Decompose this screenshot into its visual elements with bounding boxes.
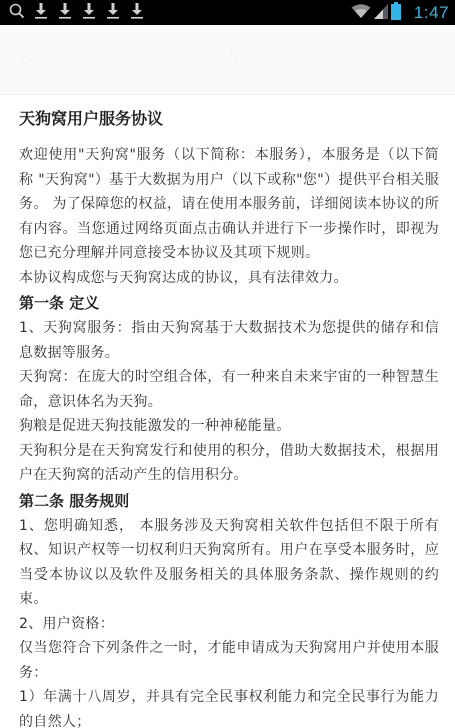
paragraph: 1）年满十八周岁，并具有完全民事权利能力和完全民事行为能力的自然人； [19,685,439,728]
status-bar: 1:47 [0,0,455,25]
paragraph: 仅当您符合下列条件之一时，才能申请成为天狗窝用户并使用本服务： [19,636,439,685]
agreement-content[interactable]: 天狗窝用户服务协议 欢迎使用"天狗窝"服务（以下简称：本服务），本服务是（以下简… [19,94,439,728]
search-icon [9,3,25,23]
paragraph: 欢迎使用"天狗窝"服务（以下简称：本服务），本服务是（以下简称 "天狗窝"）基于… [19,143,439,266]
system-icons: 1:47 [351,2,455,24]
wifi-icon [351,3,371,23]
paragraph: 天狗窝：在庞大的时空组合体，有一种来自未来宇宙的一种智慧生命，意识体名为天狗。 [19,365,439,414]
download-icon [81,2,97,24]
app-header: ‹ 用户协议 [0,25,455,95]
page-title: 用户协议 [0,47,455,71]
download-icon [129,2,145,24]
paragraph: 2、用户资格： [19,612,439,637]
clock: 1:47 [414,3,449,23]
download-icon [33,2,49,24]
section-heading: 第一条 定义 [19,290,439,316]
paragraph: 1、您明确知悉， 本服务涉及天狗窝相关软件包括但不限于所有权、知识产权等一切权利… [19,514,439,612]
signal-icon [374,3,388,23]
paragraph: 1、天狗窝服务：指由天狗窝基于大数据技术为您提供的储存和信息数据等服务。 [19,316,439,365]
section-heading: 第二条 服务规则 [19,488,439,514]
battery-icon [391,2,401,24]
paragraph: 天狗积分是在天狗窝发行和使用的积分，借助大数据技术，根据用户在天狗窝的活动产生的… [19,439,439,488]
download-icon [57,2,73,24]
notification-icons [0,2,145,24]
paragraph: 本协议构成您与天狗窝达成的协议，具有法律效力。 [19,266,439,291]
document-title: 天狗窝用户服务协议 [19,109,439,129]
download-icon [105,2,121,24]
paragraph: 狗粮是促进天狗技能激发的一种神秘能量。 [19,414,439,439]
